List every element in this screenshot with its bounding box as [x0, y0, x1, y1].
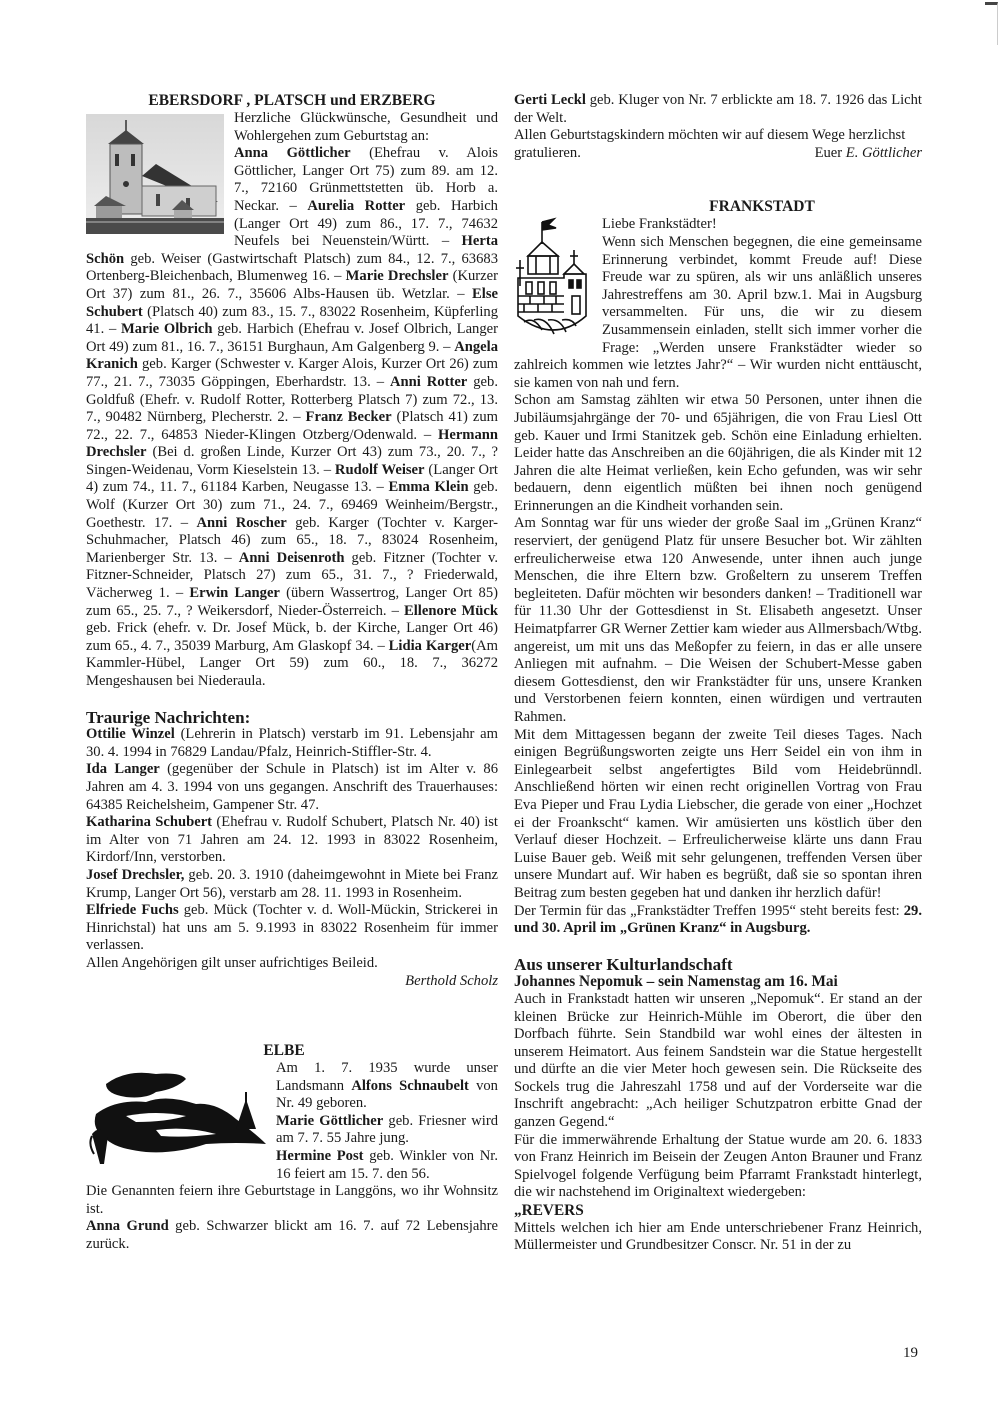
person-name: Anna Grund: [86, 1218, 169, 1234]
section-elbe: ELBE Am 1. 7. 1935 wurde unser Landsmann…: [86, 1042, 498, 1254]
elbe-birthday-entry: Anna Grund geb. Schwarzer blickt am 16. …: [86, 1218, 498, 1253]
page-number: 19: [903, 1345, 918, 1362]
person-name: Anna Göttlicher: [234, 145, 351, 161]
person-name: Aurelia Rotter: [307, 198, 405, 214]
person-name: Gerti Leckl: [514, 92, 586, 108]
person-name: Franz Becker: [306, 409, 392, 425]
person-name: Anni Rotter: [390, 374, 467, 390]
obituary-entry: Elfriede Fuchs geb. Mück (Tochter v. d. …: [86, 902, 498, 955]
person-name: Josef Drechsler,: [86, 867, 184, 883]
obituary-entry: Katharina Schubert (Ehefrau v. Rudolf Sc…: [86, 814, 498, 867]
person-name: Rudolf Weiser: [335, 462, 425, 478]
signature: Berthold Scholz: [86, 973, 498, 991]
obituary-entry: Josef Drechsler, geb. 20. 3. 1910 (dahei…: [86, 867, 498, 902]
landscape-drawing: [86, 1064, 266, 1166]
landscape-drawing-icon: [86, 1064, 266, 1166]
person-name: Alfons Schnaubelt: [351, 1078, 469, 1094]
person-name: Emma Klein: [388, 479, 468, 495]
person-name: Ellenore Mück: [404, 603, 498, 619]
elbe-residence-note: Die Genannten feiern ihre Geburtstage in…: [86, 1183, 498, 1218]
person-name: Elfriede Fuchs: [86, 902, 179, 918]
scan-corner-mark: [985, 2, 998, 45]
condolence-text: Allen Angehörigen gilt unser aufrichtige…: [86, 955, 498, 973]
frankstadt-paragraph: Schon am Samstag zählten wir etwa 50 Per…: [514, 392, 922, 515]
person-name: Marie Göttlicher: [276, 1113, 383, 1129]
elbe-birthday-entry: Gerti Leckl geb. Kluger von Nr. 7 erblic…: [514, 92, 922, 127]
obituary-entry: Ottilie Winzel (Lehrerin in Platsch) ver…: [86, 726, 498, 761]
revers-title: „REVERS: [514, 1202, 922, 1220]
section-title-kulturlandschaft: Aus unserer Kulturlandschaft: [514, 956, 922, 974]
person-name: Marie Drechsler: [346, 268, 449, 284]
person-name: Erwin Langer: [189, 585, 280, 601]
town-crest-icon: [514, 216, 592, 346]
person-name: Katharina Schubert: [86, 814, 212, 830]
left-column: EBERSDORF , PLATSCH und ERZBERG Herzlich…: [86, 92, 498, 1254]
frankstadt-paragraph: Mit dem Mittagessen begann der zweite Te…: [514, 727, 922, 903]
obituary-entry: Ida Langer (gegenüber der Schule in Plat…: [86, 761, 498, 814]
section-kulturlandschaft: Aus unserer Kulturlandschaft Johannes Ne…: [514, 956, 922, 1255]
nepomuk-paragraph: Auch in Frankstadt hatten wir unseren „N…: [514, 991, 922, 1132]
frankstadt-meeting-date: Der Termin für das „Frankstädter Treffen…: [514, 903, 922, 938]
section-ebersdorf: EBERSDORF , PLATSCH und ERZBERG Herzlich…: [86, 92, 498, 691]
person-name: Lidia Karger: [389, 638, 472, 654]
article-title-nepomuk: Johannes Nepomuk – sein Namenstag am 16.…: [514, 973, 922, 991]
section-frankstadt: FRANKSTADT Liebe Frankstädter! Wenn sich…: [514, 198, 922, 937]
person-name: Anni Roscher: [196, 515, 286, 531]
person-name: Hermine Post: [276, 1148, 364, 1164]
section-title-ebersdorf: EBERSDORF , PLATSCH und ERZBERG: [86, 92, 498, 110]
person-name: Ida Langer: [86, 761, 160, 777]
right-column: Gerti Leckl geb. Kluger von Nr. 7 erblic…: [514, 92, 922, 1255]
section-title-elbe: ELBE: [70, 1042, 498, 1060]
church-photo: [86, 114, 224, 234]
nepomuk-paragraph: Für die immerwährende Erhaltung der Stat…: [514, 1132, 922, 1202]
church-photo-icon: [86, 114, 224, 234]
revers-text: Mittels welchen ich hier am Ende untersc…: [514, 1220, 922, 1255]
person-name: Marie Olbrich: [121, 321, 212, 337]
section-elbe-continued: Gerti Leckl geb. Kluger von Nr. 7 erblic…: [514, 92, 922, 162]
section-title-frankstadt: FRANKSTADT: [602, 198, 922, 216]
section-sad-news: Traurige Nachrichten: Ottilie Winzel (Le…: [86, 709, 498, 991]
person-name: Ottilie Winzel: [86, 726, 175, 742]
section-title-sad-news: Traurige Nachrichten:: [86, 709, 498, 727]
frankstadt-paragraph: Am Sonntag war für uns wieder der große …: [514, 515, 922, 726]
town-crest-drawing: [514, 216, 592, 346]
person-name: Anni Deisenroth: [239, 550, 345, 566]
